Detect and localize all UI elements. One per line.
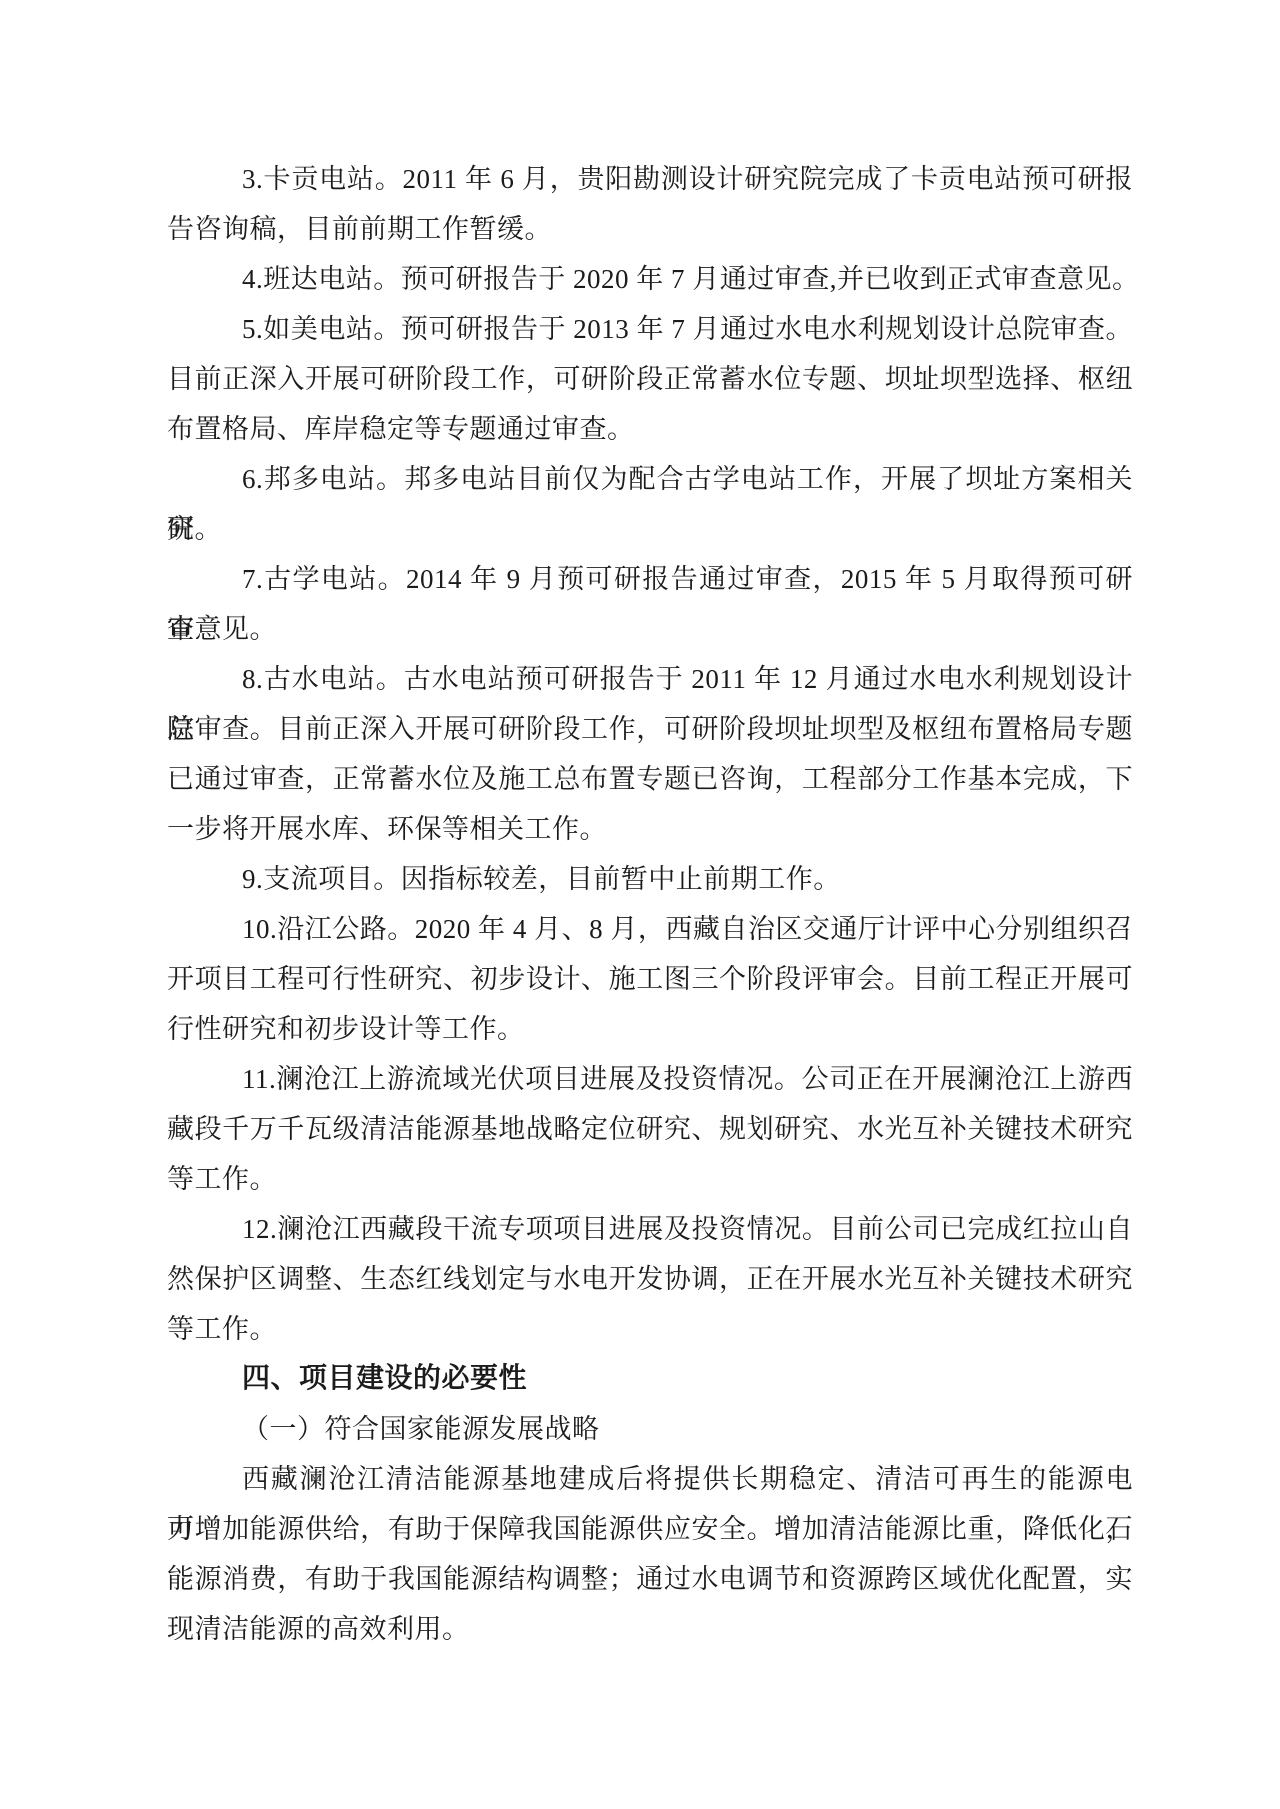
paragraph: 7.古学电站。2014 年 9 月预可研报告通过审查，2015 年 5 月取得预… <box>167 554 1133 654</box>
text-line: 7.古学电站。2014 年 9 月预可研报告通过审查，2015 年 5 月取得预… <box>167 554 1133 604</box>
text-line: 告咨询稿，目前前期工作暂缓。 <box>167 204 1133 254</box>
text-line: 等工作。 <box>167 1154 1133 1204</box>
paragraph: 8.古水电站。古水电站预可研报告于 2011 年 12 月通过水电水利规划设计总… <box>167 654 1133 854</box>
text-line: 现清洁能源的高效利用。 <box>167 1604 1133 1654</box>
text-line: 10.沿江公路。2020 年 4 月、8 月，西藏自治区交通厅计评中心分别组织召 <box>167 904 1133 954</box>
paragraph: 10.沿江公路。2020 年 4 月、8 月，西藏自治区交通厅计评中心分别组织召… <box>167 904 1133 1054</box>
text-line: 5.如美电站。预可研报告于 2013 年 7 月通过水电水利规划设计总院审查。 <box>167 304 1133 354</box>
section-heading: 四、项目建设的必要性 <box>167 1354 1133 1404</box>
text-line: 4.班达电站。预可研报告于 2020 年 7 月通过审查,并已收到正式审查意见。 <box>167 254 1133 304</box>
text-line: 开项目工程可行性研究、初步设计、施工图三个阶段评审会。目前工程正开展可 <box>167 954 1133 1004</box>
text-line: 究。 <box>167 504 1133 554</box>
paragraph: 12.澜沧江西藏段干流专项项目进展及投资情况。目前公司已完成红拉山自然保护区调整… <box>167 1204 1133 1354</box>
text-line: 11.澜沧江上游流域光伏项目进展及投资情况。公司正在开展澜沧江上游西 <box>167 1054 1133 1104</box>
text-line: 已通过审查，正常蓄水位及施工总布置专题已咨询，工程部分工作基本完成，下 <box>167 754 1133 804</box>
paragraph: 11.澜沧江上游流域光伏项目进展及投资情况。公司正在开展澜沧江上游西藏段千万千瓦… <box>167 1054 1133 1204</box>
text-line: 3.卡贡电站。2011 年 6 月，贵阳勘测设计研究院完成了卡贡电站预可研报 <box>167 154 1133 204</box>
text-line: 9.支流项目。因指标较差，目前暂中止前期工作。 <box>167 854 1133 904</box>
text-line: 能源消费，有助于我国能源结构调整；通过水电调节和资源跨区域优化配置，实 <box>167 1554 1133 1604</box>
document-page: 3.卡贡电站。2011 年 6 月，贵阳勘测设计研究院完成了卡贡电站预可研报告咨… <box>0 0 1280 1809</box>
text-line: 12.澜沧江西藏段干流专项项目进展及投资情况。目前公司已完成红拉山自 <box>167 1204 1133 1254</box>
sub-section-heading: （一）符合国家能源发展战略 <box>167 1404 1133 1454</box>
paragraph: 6.邦多电站。邦多电站目前仅为配合古学电站工作，开展了坝址方案相关研究。 <box>167 454 1133 554</box>
text-line: 然保护区调整、生态红线划定与水电开发协调，正在开展水光互补关键技术研究 <box>167 1254 1133 1304</box>
text-line: 可增加能源供给，有助于保障我国能源供应安全。增加清洁能源比重，降低化石 <box>167 1504 1133 1554</box>
text-line: 西藏澜沧江清洁能源基地建成后将提供长期稳定、清洁可再生的能源电力， <box>167 1454 1133 1504</box>
text-line: 藏段千万千瓦级清洁能源基地战略定位研究、规划研究、水光互补关键技术研究 <box>167 1104 1133 1154</box>
document-body: 3.卡贡电站。2011 年 6 月，贵阳勘测设计研究院完成了卡贡电站预可研报告咨… <box>167 154 1133 1654</box>
text-line: 四、项目建设的必要性 <box>167 1354 1133 1404</box>
paragraph: 4.班达电站。预可研报告于 2020 年 7 月通过审查,并已收到正式审查意见。 <box>167 254 1133 304</box>
text-line: 一步将开展水库、环保等相关工作。 <box>167 804 1133 854</box>
paragraph: 5.如美电站。预可研报告于 2013 年 7 月通过水电水利规划设计总院审查。目… <box>167 304 1133 454</box>
text-line: 院审查。目前正深入开展可研阶段工作，可研阶段坝址坝型及枢纽布置格局专题 <box>167 704 1133 754</box>
paragraph: 西藏澜沧江清洁能源基地建成后将提供长期稳定、清洁可再生的能源电力，可增加能源供给… <box>167 1454 1133 1654</box>
text-line: 目前正深入开展可研阶段工作，可研阶段正常蓄水位专题、坝址坝型选择、枢纽 <box>167 354 1133 404</box>
text-line: 6.邦多电站。邦多电站目前仅为配合古学电站工作，开展了坝址方案相关研 <box>167 454 1133 504</box>
paragraph: 3.卡贡电站。2011 年 6 月，贵阳勘测设计研究院完成了卡贡电站预可研报告咨… <box>167 154 1133 254</box>
text-line: 等工作。 <box>167 1304 1133 1354</box>
text-line: （一）符合国家能源发展战略 <box>167 1404 1133 1454</box>
text-line: 8.古水电站。古水电站预可研报告于 2011 年 12 月通过水电水利规划设计总 <box>167 654 1133 704</box>
paragraph: 9.支流项目。因指标较差，目前暂中止前期工作。 <box>167 854 1133 904</box>
text-line: 布置格局、库岸稳定等专题通过审查。 <box>167 404 1133 454</box>
text-line: 查意见。 <box>167 604 1133 654</box>
text-line: 行性研究和初步设计等工作。 <box>167 1004 1133 1054</box>
